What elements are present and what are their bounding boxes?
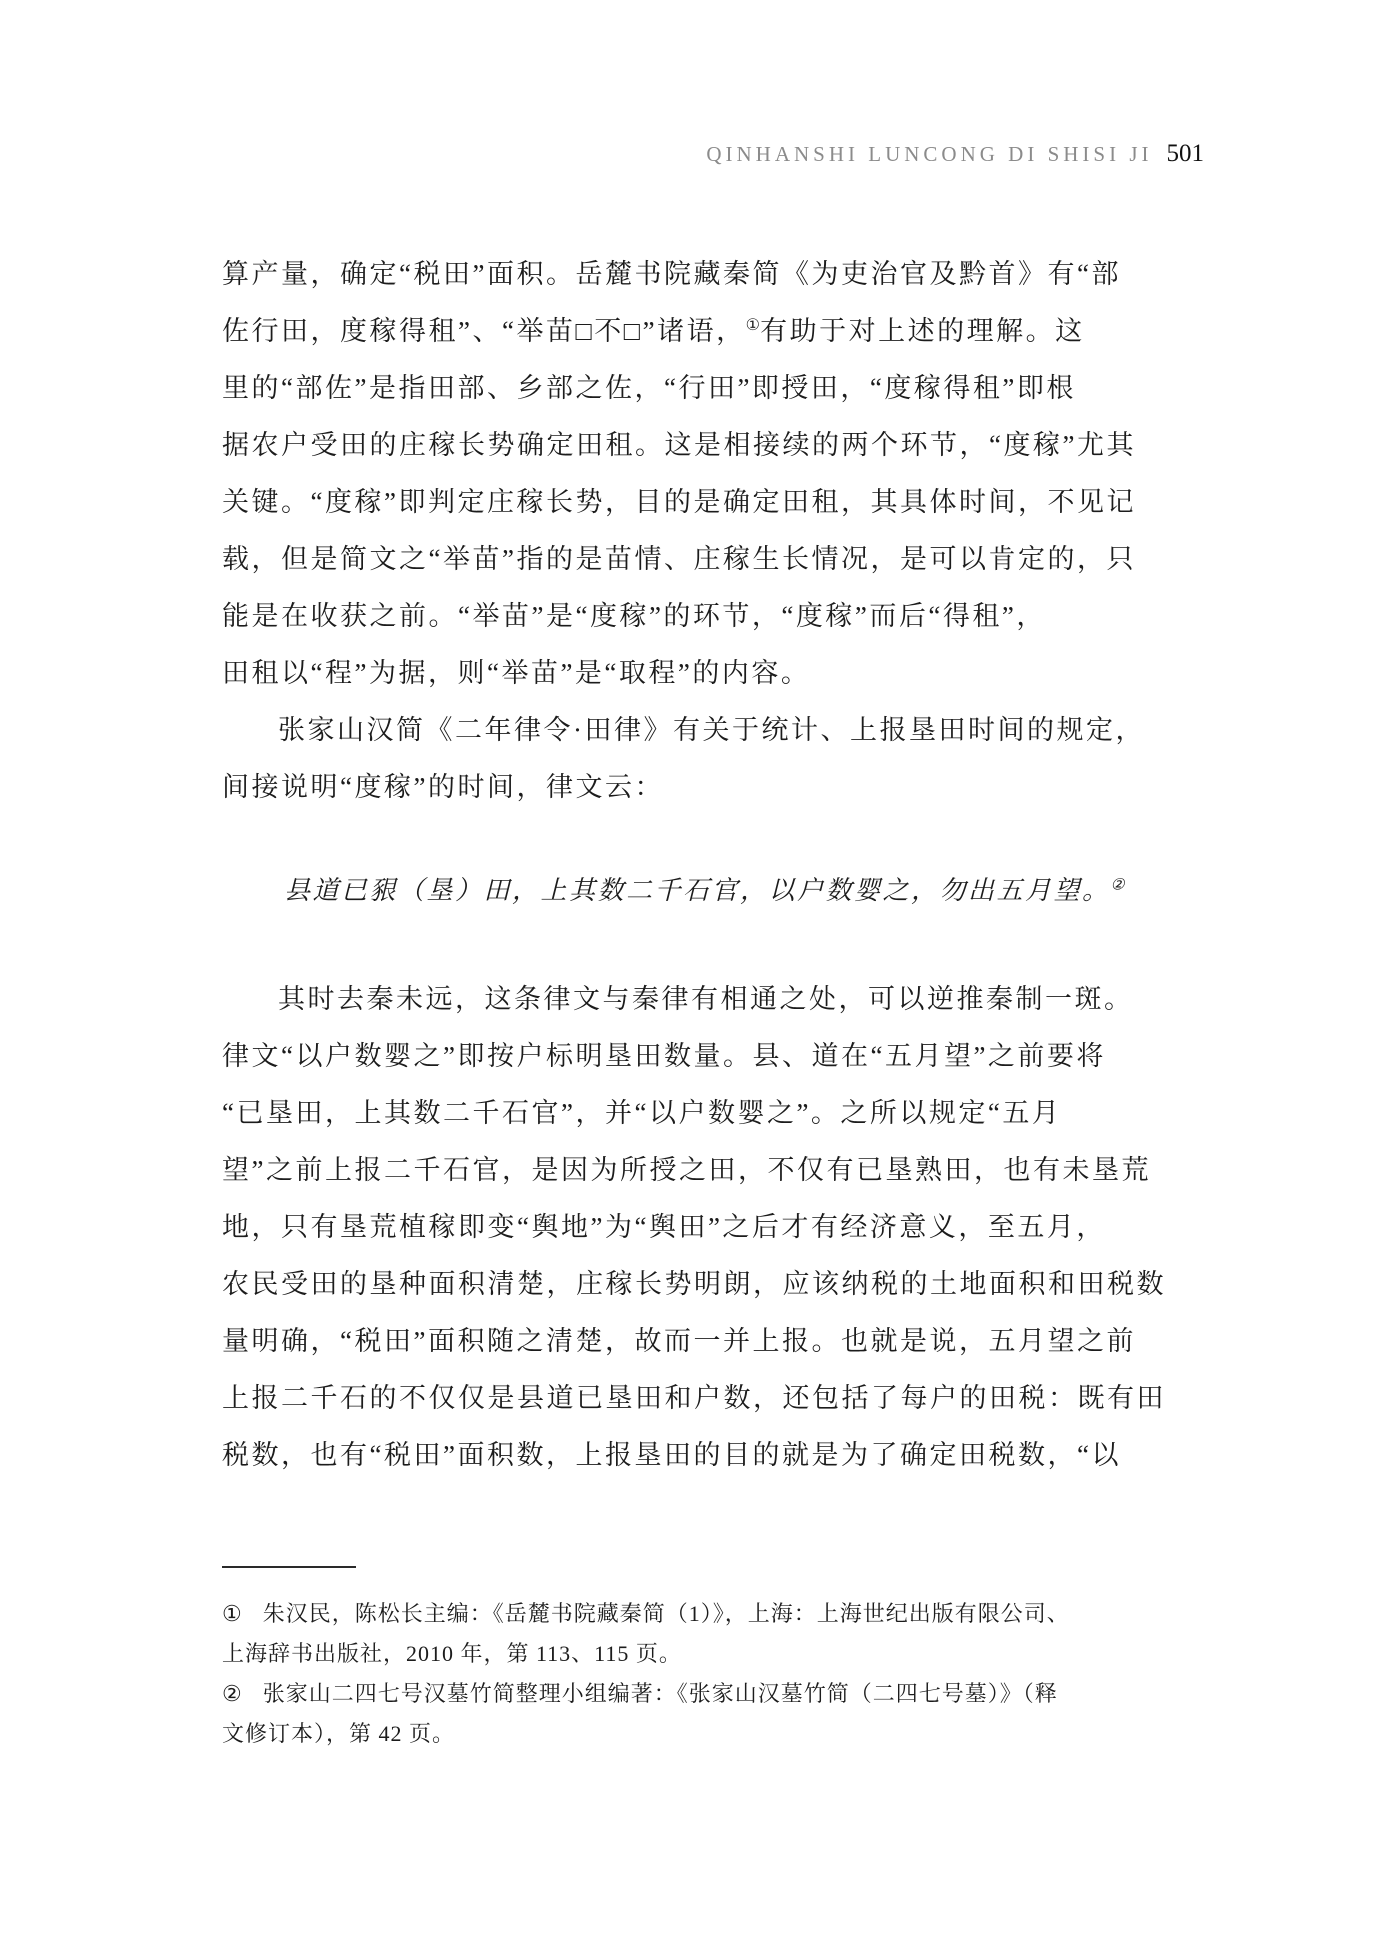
body-text-line: 农民受田的垦种面积清楚，庄稼长势明朗，应该纳税的土地面积和田税数 [222,1256,1204,1313]
footnotes-section: ①朱汉民，陈松长主编：《岳麓书院藏秦简（1）》，上海：上海世纪出版有限公司、 上… [222,1566,1204,1754]
body-text-line: 上报二千石的不仅仅是县道已垦田和户数，还包括了每户的田税：既有田 [222,1370,1204,1427]
page-header: QINHANSHI LUNCONG DI SHISI JI501 [222,140,1204,168]
body-text-line: 律文“以户数婴之”即按户标明垦田数量。县、道在“五月望”之前要将 [222,1028,1204,1085]
body-text-line: 量明确，“税田”面积随之清楚，故而一并上报。也就是说，五月望之前 [222,1313,1204,1370]
footnote-line: ①朱汉民，陈松长主编：《岳麓书院藏秦简（1）》，上海：上海世纪出版有限公司、 [222,1594,1204,1634]
body-text-line: 望”之前上报二千石官，是因为所授之田，不仅有已垦熟田，也有未垦荒 [222,1142,1204,1199]
body-text-line: 据农户受田的庄稼长势确定田租。这是相接续的两个环节，“度稼”尤其 [222,417,1204,474]
body-text-segment: 佐行田，度稼得租”、“举苗□不□”诸语， [222,316,746,346]
footnote-ref-2: ② [1111,876,1125,893]
footnote-1-marker: ① [222,1601,243,1626]
footnote-text: 张家山二四七号汉墓竹简整理小组编著：《张家山汉墓竹简（二四七号墓）》（释 [263,1681,1058,1706]
footnote-separator [222,1566,356,1568]
body-text-line: 关键。“度稼”即判定庄稼长势，目的是确定田租，其具体时间，不见记 [222,474,1204,531]
paragraph-3: 其时去秦未远，这条律文与秦律有相通之处，可以逆推秦制一斑。 律文“以户数婴之”即… [222,971,1204,1484]
body-text-line: 载，但是简文之“举苗”指的是苗情、庄稼生长情况，是可以肯定的，只 [222,531,1204,588]
body-text-line: 税数，也有“税田”面积数，上报垦田的目的就是为了确定田税数，“以 [222,1427,1204,1484]
footnote-line: 文修订本），第 42 页。 [222,1714,1204,1754]
body-text-line: 里的“部佐”是指田部、乡部之佐，“行田”即授田，“度稼得租”即根 [222,360,1204,417]
block-quote: 县道已豤（垦）田，上其数二千石官，以户数婴之，勿出五月望。② [222,862,1204,919]
body-text-line: 地，只有垦荒植稼即变“舆地”为“舆田”之后才有经济意义，至五月， [222,1199,1204,1256]
body-text-segment: 有助于对上述的理解。这 [760,316,1085,346]
body-text-line: 佐行田，度稼得租”、“举苗□不□”诸语，①有助于对上述的理解。这 [222,303,1204,360]
body-text-line: 张家山汉简《二年律令·田律》有关于统计、上报垦田时间的规定， [222,702,1204,759]
body-text-line: 田租以“程”为据，则“举苗”是“取程”的内容。 [222,645,1204,702]
paragraph-2: 张家山汉简《二年律令·田律》有关于统计、上报垦田时间的规定， 间接说明“度稼”的… [222,702,1204,816]
footnote-line: ②张家山二四七号汉墓竹简整理小组编著：《张家山汉墓竹简（二四七号墓）》（释 [222,1674,1204,1714]
book-page: QINHANSHI LUNCONG DI SHISI JI501 算产量，确定“… [0,0,1386,1938]
body-text-line: 其时去秦未远，这条律文与秦律有相通之处，可以逆推秦制一斑。 [222,971,1204,1028]
paragraph-1: 算产量，确定“税田”面积。岳麓书院藏秦简《为吏治官及黔首》有“部 佐行田，度稼得… [222,246,1204,702]
quote-text: 县道已豤（垦）田，上其数二千石官，以户数婴之，勿出五月望。 [284,876,1111,905]
body-text-line: “已垦田，上其数二千石官”，并“以户数婴之”。之所以规定“五月 [222,1085,1204,1142]
running-title: QINHANSHI LUNCONG DI SHISI JI [706,142,1152,166]
page-number: 501 [1167,140,1205,167]
footnote-text: 朱汉民，陈松长主编：《岳麓书院藏秦简（1）》，上海：上海世纪出版有限公司、 [263,1601,1070,1626]
body-text-line: 算产量，确定“税田”面积。岳麓书院藏秦简《为吏治官及黔首》有“部 [222,246,1204,303]
footnote-line: 上海辞书出版社，2010 年，第 113、115 页。 [222,1634,1204,1674]
body-text-line: 能是在收获之前。“举苗”是“度稼”的环节，“度稼”而后“得租”， [222,588,1204,645]
footnote-ref-1: ① [746,316,761,334]
footnote-1: ①朱汉民，陈松长主编：《岳麓书院藏秦简（1）》，上海：上海世纪出版有限公司、 上… [222,1594,1204,1674]
body-text-line: 间接说明“度稼”的时间，律文云： [222,759,1204,816]
footnote-2: ②张家山二四七号汉墓竹简整理小组编著：《张家山汉墓竹简（二四七号墓）》（释 文修… [222,1674,1204,1754]
main-text: 算产量，确定“税田”面积。岳麓书院藏秦简《为吏治官及黔首》有“部 佐行田，度稼得… [222,246,1204,1484]
footnote-2-marker: ② [222,1681,243,1706]
